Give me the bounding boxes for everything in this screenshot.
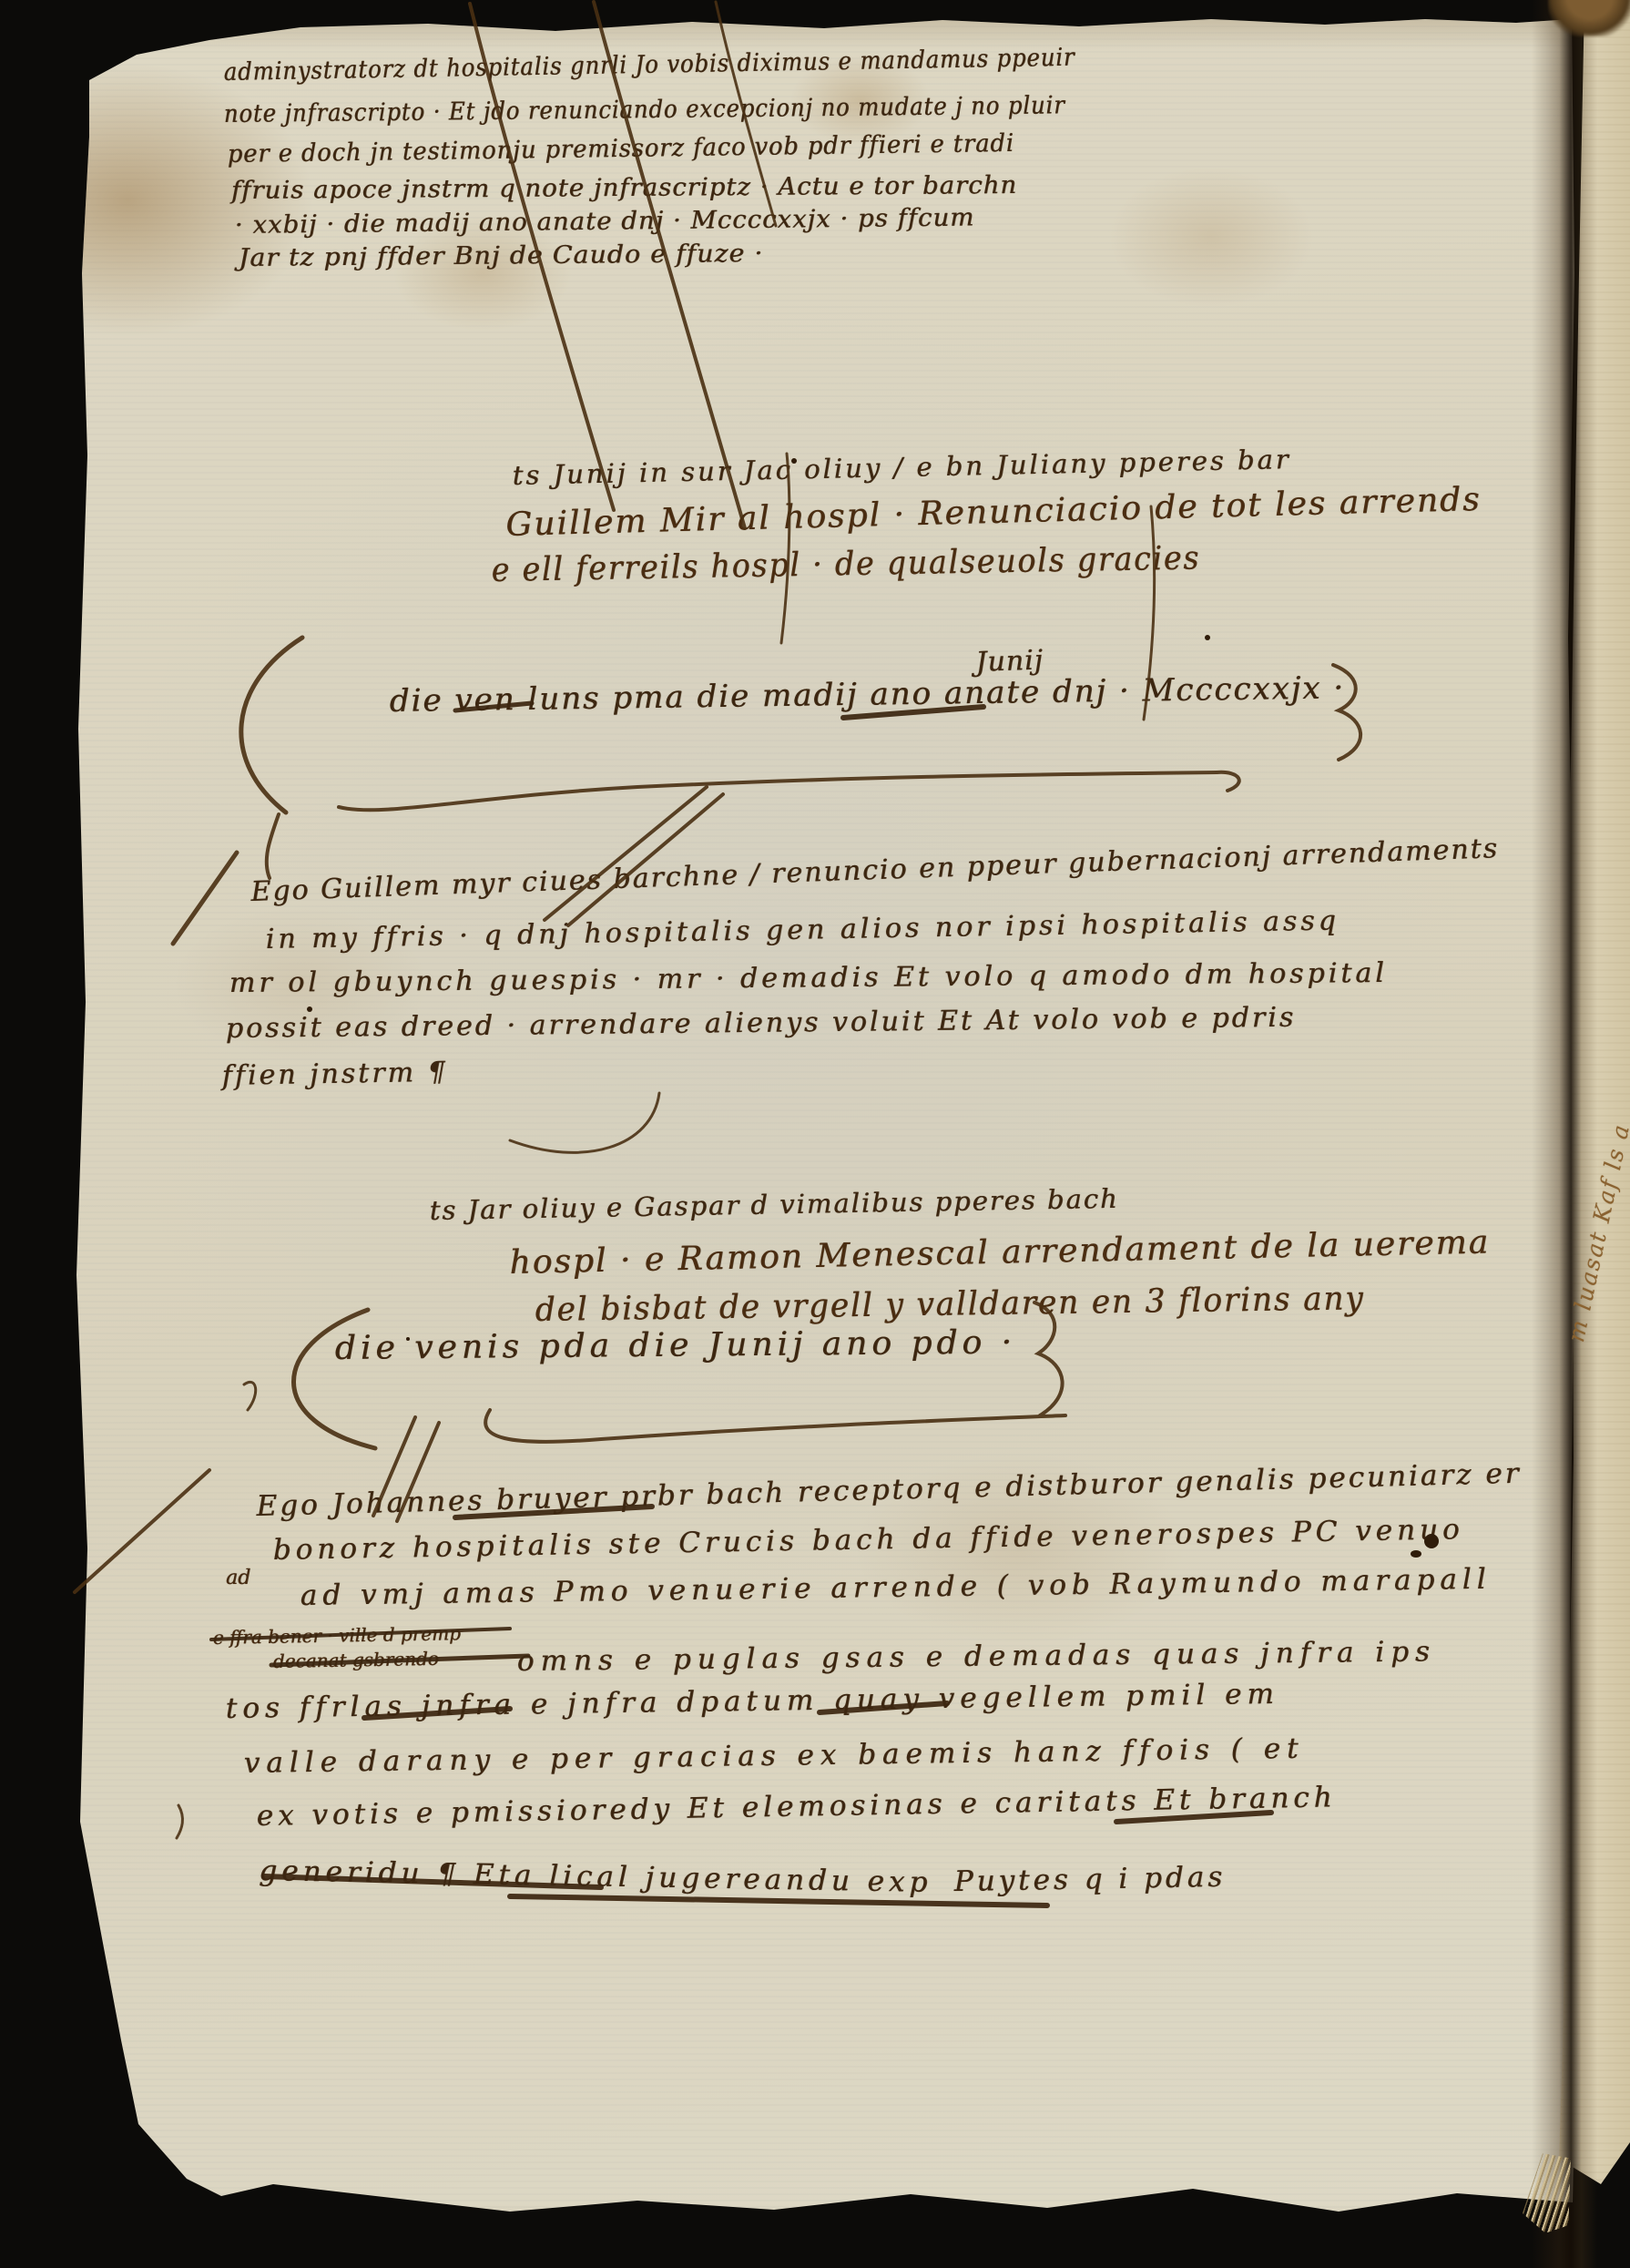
date-line: die venis pda die Junij ano pdo · (335, 1323, 1017, 1367)
text-line: ffruis apoce jnstrm q note jnfrascriptz … (231, 171, 1017, 205)
text-line: Puytes q i pdas (953, 1861, 1226, 1898)
superscript-insertion: ad (226, 1567, 250, 1589)
struck-insertion: decanat gsbrendo (273, 1648, 439, 1672)
text-line: Jar tz pnj ffder Bnj de Caudo e ffuze · (239, 240, 764, 272)
manuscript-left-page (0, 0, 1630, 2268)
text-line: ffien jnstrm ¶ (221, 1057, 447, 1092)
struck-insertion: e ffra bener · ville d premp (213, 1622, 461, 1649)
manuscript-scan: adminystratorz dt hospitalis gnrli Jo vo… (0, 0, 1630, 2268)
